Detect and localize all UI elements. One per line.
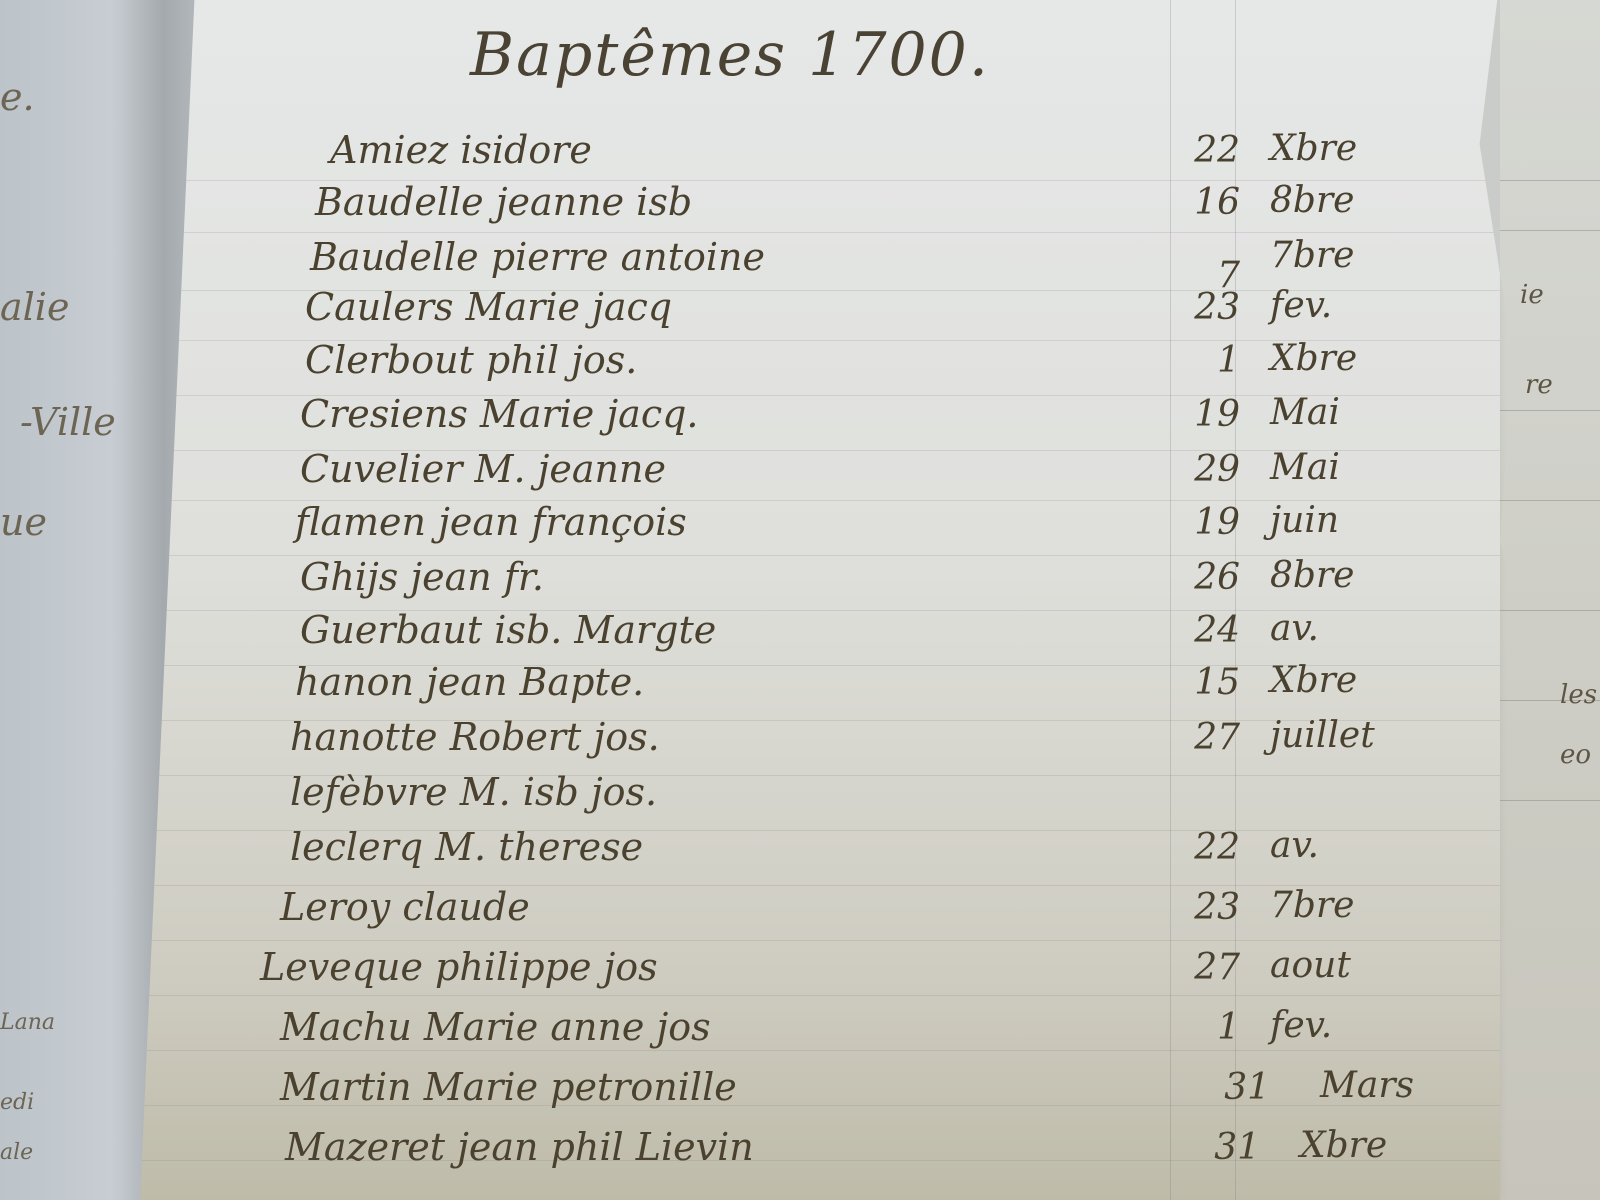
- entry-name: Machu Marie anne jos: [280, 1005, 711, 1049]
- register-entry: Mazeret jean phil Lievin 31 Xbre: [0, 1125, 1400, 1181]
- entry-day: 23: [1170, 287, 1240, 328]
- entry-month: Mars: [1320, 1065, 1414, 1106]
- entry-month: 7bre: [1270, 235, 1354, 276]
- register-entry: Amiez isidore 22 Xbre: [0, 128, 1400, 184]
- entry-name: flamen jean françois: [295, 500, 687, 544]
- register-entry: Cresiens Marie jacq. 19 Mai: [0, 392, 1400, 448]
- entry-name: Guerbaut isb. Margte: [300, 608, 716, 652]
- entry-month: Xbre: [1270, 660, 1357, 701]
- entry-month: 7bre: [1270, 885, 1354, 926]
- entry-day: 22: [1170, 827, 1240, 868]
- entry-name: Leroy claude: [280, 885, 530, 929]
- entry-month: Xbre: [1300, 1125, 1387, 1166]
- entry-month: 8bre: [1270, 180, 1354, 221]
- entry-day: 19: [1170, 394, 1240, 435]
- register-entry: lefèbvre M. isb jos.: [0, 770, 1400, 826]
- entry-name: Leveque philippe jos: [260, 945, 658, 989]
- right-page-text-fragment: ie: [1520, 280, 1544, 310]
- entry-name: Ghijs jean fr.: [300, 555, 544, 599]
- entry-month: av.: [1270, 608, 1319, 649]
- register-entry: Caulers Marie jacq 23 fev.: [0, 285, 1400, 341]
- entry-day: 29: [1170, 449, 1240, 490]
- entry-name: lefèbvre M. isb jos.: [290, 770, 657, 814]
- entry-month: av.: [1270, 825, 1319, 866]
- entry-day: 16: [1170, 182, 1240, 223]
- entry-name: hanotte Robert jos.: [290, 715, 660, 759]
- entry-month: juillet: [1270, 715, 1375, 756]
- entry-day: 27: [1170, 717, 1240, 758]
- entry-month: Mai: [1270, 392, 1340, 433]
- entry-day: 1: [1170, 340, 1240, 381]
- entry-day: 23: [1170, 887, 1240, 928]
- register-entry: Cuvelier M. jeanne 29 Mai: [0, 447, 1400, 503]
- register-entry: Machu Marie anne jos 1 fev.: [0, 1005, 1400, 1061]
- entry-name: leclerq M. therese: [290, 825, 643, 869]
- entry-name: Amiez isidore: [330, 128, 592, 172]
- entry-day: 27: [1170, 947, 1240, 988]
- entry-month: Xbre: [1270, 128, 1357, 169]
- entry-name: Cresiens Marie jacq.: [300, 392, 699, 436]
- entry-name: Baudelle pierre antoine: [310, 235, 765, 279]
- entry-month: aout: [1270, 945, 1351, 986]
- entry-day: 24: [1170, 610, 1240, 651]
- entry-name: Martin Marie petronille: [280, 1065, 737, 1109]
- entry-name: Mazeret jean phil Lievin: [285, 1125, 754, 1169]
- entry-month: Mai: [1270, 447, 1340, 488]
- entry-day: 31: [1190, 1127, 1260, 1168]
- register-title: Baptêmes 1700.: [470, 20, 990, 90]
- register-entry: hanotte Robert jos. 27 juillet: [0, 715, 1400, 771]
- entry-month: Xbre: [1270, 338, 1357, 379]
- entry-day: 1: [1170, 1007, 1240, 1048]
- register-entry: leclerq M. therese 22 av.: [0, 825, 1400, 881]
- entry-month: fev.: [1270, 1005, 1332, 1046]
- register-entry: Baudelle jeanne isb 16 8bre: [0, 180, 1400, 236]
- right-page-text-fragment: les: [1560, 680, 1597, 710]
- left-page-text-fragment: e.: [0, 75, 35, 119]
- entry-name: hanon jean Bapte.: [295, 660, 644, 704]
- right-page-text-fragment: re: [1525, 370, 1553, 400]
- entry-day: 22: [1170, 130, 1240, 171]
- entry-month: 8bre: [1270, 555, 1354, 596]
- entry-name: Baudelle jeanne isb: [315, 180, 692, 224]
- entry-day: 15: [1170, 662, 1240, 703]
- register-entry: Martin Marie petronille 31 Mars: [0, 1065, 1400, 1121]
- entry-month: juin: [1270, 500, 1339, 541]
- right-page-text-fragment: eo: [1560, 740, 1591, 770]
- register-entry: Leroy claude 23 7bre: [0, 885, 1400, 941]
- entry-day: 31: [1200, 1067, 1270, 1108]
- entry-name: Cuvelier M. jeanne: [300, 447, 666, 491]
- entry-day: 19: [1170, 502, 1240, 543]
- register-entry: Clerbout phil jos. 1 Xbre: [0, 338, 1400, 394]
- entry-month: fev.: [1270, 285, 1332, 326]
- facing-right-page: ie re les eo: [1500, 0, 1600, 1200]
- entry-name: Caulers Marie jacq: [305, 285, 672, 329]
- register-entry: flamen jean françois 19 juin: [0, 500, 1400, 556]
- entry-name: Clerbout phil jos.: [305, 338, 637, 382]
- register-entry: Guerbaut isb. Margte 24 av.: [0, 608, 1400, 664]
- register-entry: Leveque philippe jos 27 aout: [0, 945, 1400, 1001]
- register-entry: hanon jean Bapte. 15 Xbre: [0, 660, 1400, 716]
- register-entry: Ghijs jean fr. 26 8bre: [0, 555, 1400, 611]
- entry-day: 26: [1170, 557, 1240, 598]
- register-entry: Baudelle pierre antoine 7 7bre: [0, 235, 1400, 291]
